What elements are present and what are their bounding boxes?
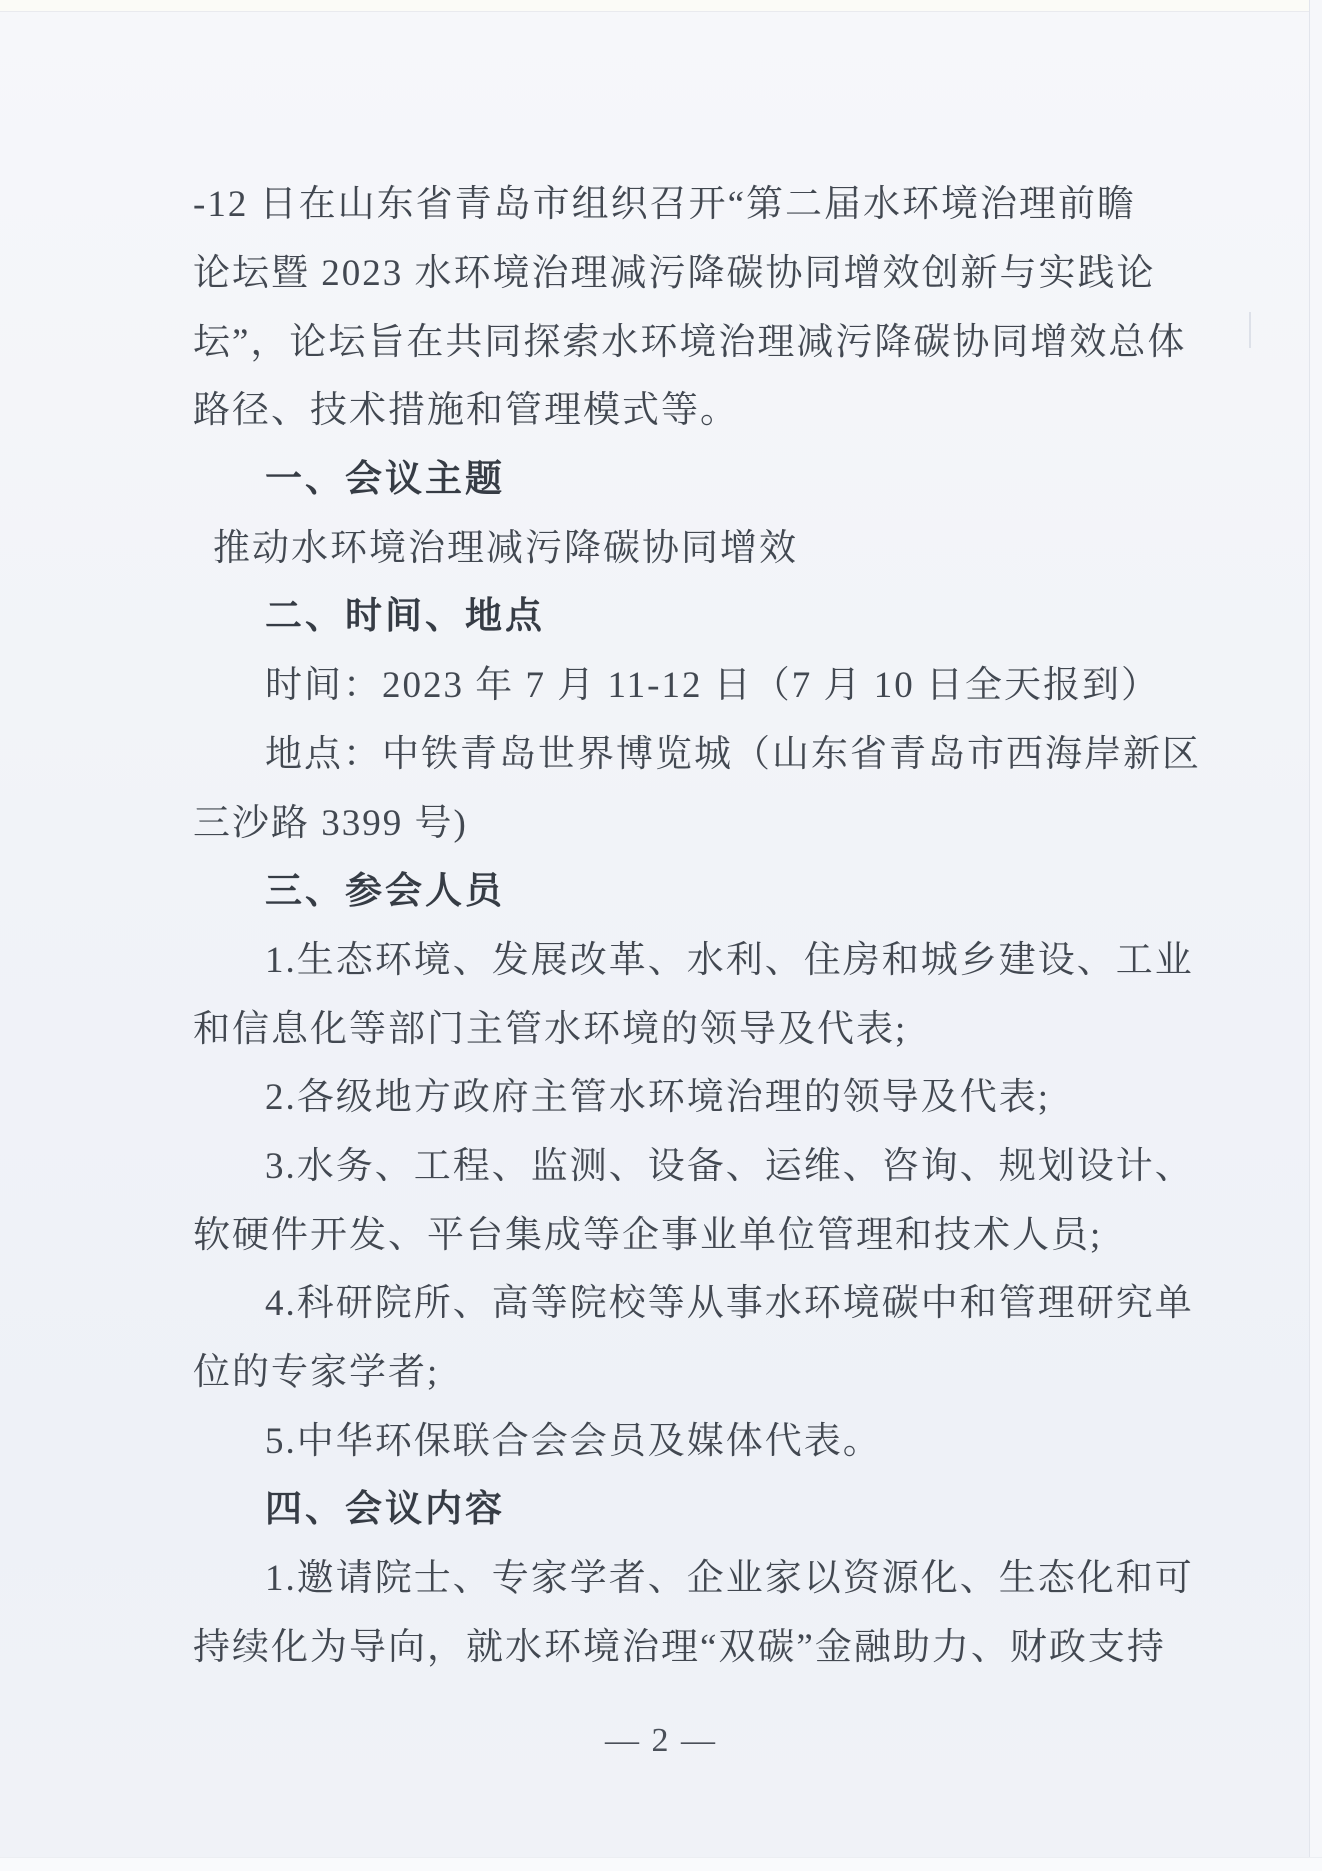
text-line: 和信息化等部门主管水环境的领导及代表; [193, 990, 1203, 1059]
text-line: 3.水务、工程、监测、设备、运维、咨询、规划设计、 [193, 1128, 1203, 1197]
text-line: 1.生态环境、发展改革、水利、住房和城乡建设、工业 [193, 922, 1203, 991]
text-line: 推动水环境治理减污降碳协同增效 [193, 509, 1203, 578]
text-line: 1.邀请院士、专家学者、企业家以资源化、生态化和可 [193, 1540, 1203, 1609]
text-line-place: 地点：中铁青岛世界博览城（山东省青岛市西海岸新区 [193, 716, 1203, 785]
text-line: 2.各级地方政府主管水环境治理的领导及代表; [193, 1059, 1203, 1128]
section-heading-meeting-content: 四、会议内容 [193, 1471, 1203, 1540]
document-body: -12 日在山东省青岛市组织召开“第二届水环境治理前瞻 论坛暨 2023 水环境… [193, 166, 1203, 1677]
text-line: 路径、技术措施和管理模式等。 [193, 372, 1203, 441]
document-page: { "colors": { "paper": "#f1f3f8", "ink":… [0, 0, 1322, 1871]
text-line: 位的专家学者; [193, 1334, 1203, 1403]
text-line: 论坛暨 2023 水环境治理减污降碳协同增效创新与实践论 [193, 235, 1203, 304]
section-heading-participants: 三、参会人员 [193, 853, 1203, 922]
page-number: — 2 — [0, 1722, 1322, 1760]
text-line: 软硬件开发、平台集成等企事业单位管理和技术人员; [193, 1196, 1203, 1265]
text-line: 坛”，论坛旨在共同探索水环境治理减污降碳协同增效总体 [193, 303, 1203, 372]
scan-edge-bottom [0, 1857, 1322, 1871]
text-line-time: 时间：2023 年 7 月 11-12 日（7 月 10 日全天报到） [193, 647, 1203, 716]
text-line: 三沙路 3399 号) [193, 784, 1203, 853]
scan-edge-right [1309, 0, 1322, 1871]
text-line: 5.中华环保联合会会员及媒体代表。 [193, 1402, 1203, 1471]
section-heading-time-place: 二、时间、地点 [193, 578, 1203, 647]
section-heading-meeting-theme: 一、会议主题 [193, 441, 1203, 510]
scan-artifact-line [1249, 312, 1251, 348]
scan-edge-top [0, 0, 1322, 12]
text-line: -12 日在山东省青岛市组织召开“第二届水环境治理前瞻 [193, 166, 1203, 235]
text-line: 持续化为导向，就水环境治理“双碳”金融助力、财政支持 [193, 1608, 1203, 1677]
text-line: 4.科研院所、高等院校等从事水环境碳中和管理研究单 [193, 1265, 1203, 1334]
